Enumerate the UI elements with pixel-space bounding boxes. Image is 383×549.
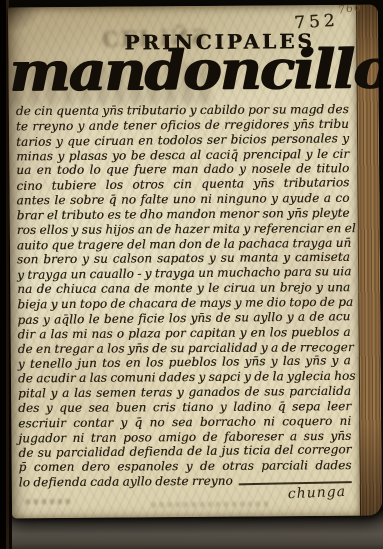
manuscript-line: ros ellos y sus hijos an de hazer mita y…: [17, 221, 350, 238]
pencil-annotation: [152, 501, 272, 507]
main-title: mandoncillos: [9, 42, 356, 99]
paper-surface: SÑi IƎƆ 766 752 PRINCIPALES mandoncillos…: [8, 5, 360, 519]
manuscript-body-text: de cin quenta yn̄s tributario y cabildo …: [16, 102, 352, 491]
manuscript-line: na de chiuca cana de monte y le cirua un…: [17, 280, 350, 297]
catchword: chunga: [287, 485, 346, 501]
manuscript-line: p̄ comen dero espanoles y de otras parci…: [19, 458, 352, 475]
pencil-annotation: [26, 499, 70, 504]
manuscript-line: de cin quenta yn̄s tributario y cabildo …: [16, 102, 349, 119]
manuscript-line-text: lo defienda cada ayllo deste rreyno: [19, 474, 233, 491]
manuscript-page: SÑi IƎƆ 766 752 PRINCIPALES mandoncillos…: [8, 5, 382, 519]
photograph-backdrop: SÑi IƎƆ 766 752 PRINCIPALES mandoncillos…: [0, 0, 383, 549]
manuscript-line: des y que sea buen cris tiano y ladino q…: [18, 399, 351, 416]
